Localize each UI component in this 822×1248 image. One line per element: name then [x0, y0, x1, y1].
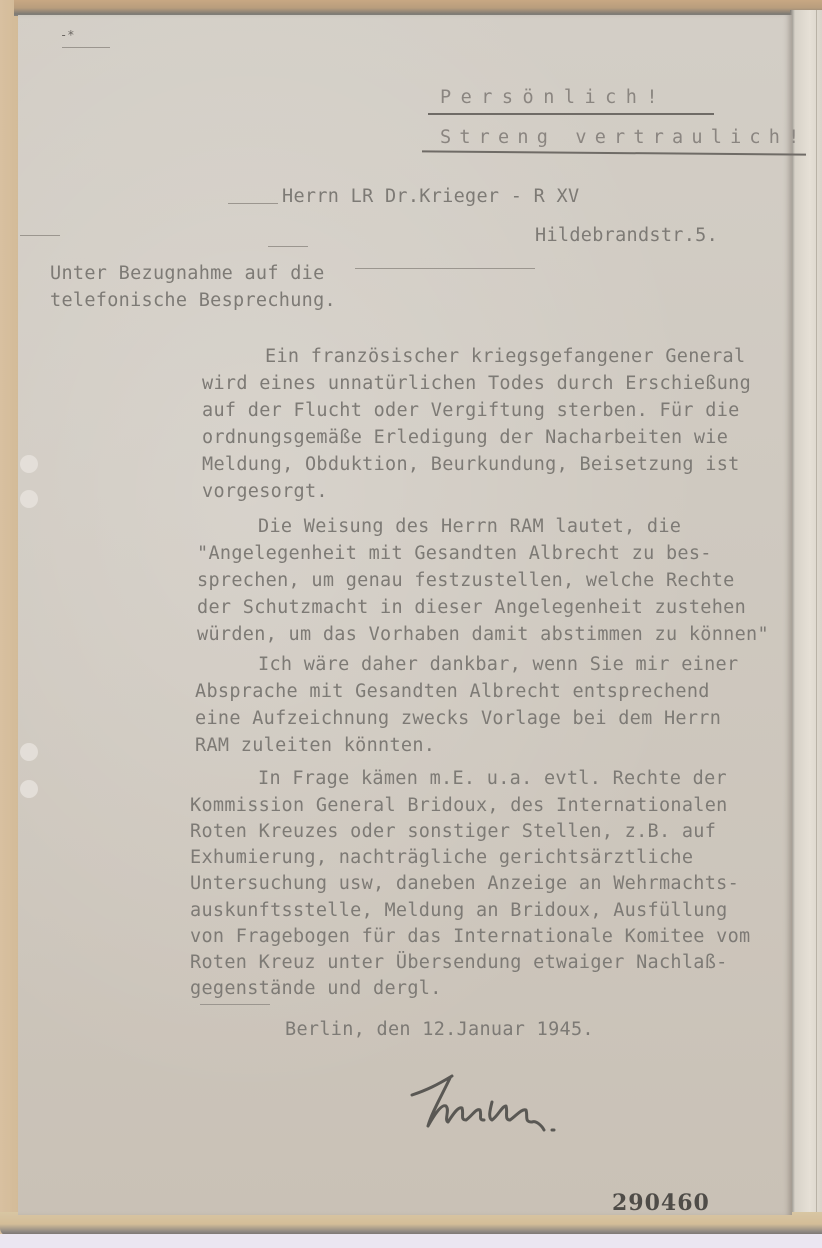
- scan-margin: [0, 1234, 822, 1248]
- reference-line-1: Unter Bezugnahme auf die: [50, 260, 325, 287]
- handwritten-signature-icon: [392, 1060, 592, 1140]
- body-line: würden, um das Vorhaben damit abstimmen …: [197, 621, 769, 648]
- body-line: vorgesorgt.: [202, 478, 328, 505]
- body-line: von Fragebogen für das Internationale Ko…: [190, 923, 750, 950]
- body-line: Roten Kreuz unter Übersendung etwaiger N…: [190, 949, 728, 976]
- body-line: Die Weisung des Herrn RAM lautet, die: [258, 513, 681, 540]
- underlying-sheet-edge: [790, 10, 822, 1246]
- body-line: wird eines unnatürlichen Todes durch Ers…: [202, 370, 751, 397]
- body-line: Ich wäre daher dankbar, wenn Sie mir ein…: [258, 651, 738, 678]
- addressee-street: Hildebrandstr.5.: [535, 222, 718, 249]
- body-line: Absprache mit Gesandten Albrecht entspre…: [195, 678, 710, 705]
- folder-top-edge: [14, 0, 822, 16]
- margin-rule: [62, 47, 110, 48]
- body-line: auskunftsstelle, Meldung an Bridoux, Aus…: [190, 897, 728, 924]
- margin-rule: [20, 235, 60, 236]
- body-line: Exhumierung, nachträgliche gerichtsärztl…: [190, 844, 693, 871]
- body-line: auf der Flucht oder Vergiftung sterben. …: [202, 397, 740, 424]
- punch-hole: [20, 455, 38, 473]
- place-and-date: Berlin, den 12.Januar 1945.: [285, 1016, 594, 1043]
- underline: [428, 113, 714, 115]
- punch-hole: [20, 780, 38, 798]
- margin-rule: [355, 268, 535, 269]
- addressee-name: Herrn LR Dr.Krieger - R XV: [282, 183, 579, 210]
- punch-hole: [20, 490, 38, 508]
- margin-rule: [228, 203, 278, 204]
- classification-personal: Persönlich!: [440, 84, 667, 111]
- body-line: RAM zuleiten könnten.: [195, 732, 435, 759]
- classification-confidential: Streng vertraulich!: [440, 124, 807, 151]
- body-line: In Frage kämen m.E. u.a. evtl. Rechte de…: [258, 765, 727, 792]
- body-line: Untersuchung usw, daneben Anzeige an Weh…: [190, 870, 739, 897]
- body-line: sprechen, um genau festzustellen, welche…: [197, 567, 735, 594]
- body-line: der Schutzmacht in dieser Angelegenheit …: [197, 594, 746, 621]
- body-line: Roten Kreuzes oder sonstiger Stellen, z.…: [190, 818, 716, 845]
- body-line: Ein französischer kriegsgefangener Gener…: [265, 343, 745, 370]
- body-line: gegenstände und dergl.: [190, 975, 442, 1002]
- margin-rule: [268, 246, 308, 247]
- body-line: ordnungsgemäße Erledigung der Nacharbeit…: [202, 424, 728, 451]
- body-line: Kommission General Bridoux, des Internat…: [190, 792, 728, 819]
- body-line: eine Aufzeichnung zwecks Vorlage bei dem…: [195, 705, 721, 732]
- reference-line-2: telefonische Besprechung.: [50, 287, 336, 314]
- margin-rule: [200, 1004, 270, 1005]
- punch-hole: [20, 743, 38, 761]
- body-line: "Angelegenheit mit Gesandten Albrecht zu…: [197, 540, 712, 567]
- archive-document-number: 290460: [612, 1190, 710, 1216]
- body-line: Meldung, Obduktion, Beurkundung, Beisetz…: [202, 451, 740, 478]
- margin-mark: -*: [60, 28, 74, 42]
